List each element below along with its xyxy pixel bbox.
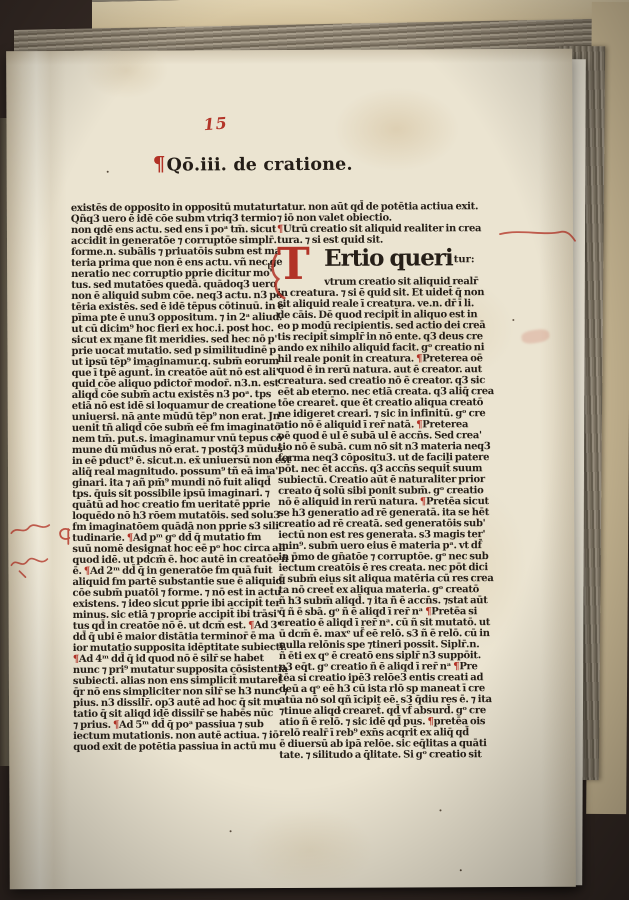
text-line: tate. ⁊ silitudo a q̄litate. Si gᵒ creat…: [279, 749, 569, 761]
red-underline-flourish-icon: [499, 227, 577, 243]
text-line: ior mutatio supposita idēptitate subiect…: [73, 642, 311, 654]
section-heading-text: Ertio queri: [324, 244, 453, 272]
running-title: ¶Qō.iii. de cratione.: [153, 151, 353, 176]
marginal-capitulum-icon: [57, 526, 73, 546]
text-line: pius. n3 dissilr̄. op3 autē ad hoc q̄ si…: [73, 697, 311, 709]
text-line: pīma pte ē unu3 oppositum. ⁊ in 2ᵃ aliud…: [71, 312, 309, 324]
text-line: quod exit de potētia passiua in actū mu: [73, 741, 311, 753]
running-title-text: Qō.iii. de cratione.: [167, 155, 353, 176]
text-line: fm imaginatōem quādā non pprie s3 sili': [72, 521, 310, 533]
marginal-scribble-icon: [9, 517, 53, 587]
book-photo: { "page_number": "15", "header": { "pilc…: [0, 0, 629, 900]
right-column-body: in creatura. ⁊ si ē quid sit. Et uidet̄ …: [277, 287, 569, 761]
text-line: tus qd̄ in creatōe nō ē. ut dcm̄ est. ¶A…: [73, 620, 311, 632]
text-line: quid cōe aliquo pdictor̄ modor̄. n3.n. e…: [72, 378, 310, 390]
text-line: aliq̄ real magnitudo. possum⁹ tñ eā ima': [72, 466, 310, 478]
page-number-handwritten: 15: [203, 113, 229, 134]
right-text-column: tatur. non aūt qd̄ de potētia actiua exi…: [277, 201, 569, 761]
book-page: 15 ¶Qō.iii. de cratione. existēs de oppo…: [6, 49, 576, 889]
ink-specks: [107, 171, 109, 173]
initial-flourish-icon: [268, 252, 310, 300]
question-heading-block: t T Ertio queritur: vtrum creatio sit al…: [277, 245, 567, 288]
section-heading-suffix: tur:: [454, 254, 475, 265]
rubric-pilcrow-icon: ¶: [153, 152, 166, 176]
drop-cap-initial-T: T: [277, 246, 321, 286]
text-line: quod idē. ut pdcm̄ ē. hoc autē in creatō…: [72, 554, 310, 566]
